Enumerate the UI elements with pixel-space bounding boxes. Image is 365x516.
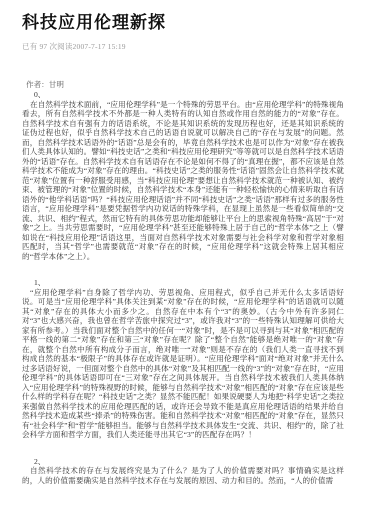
section-marker: 1、 [22, 278, 344, 288]
read-count-and-date: 已有 97 次阅读2007-7-17 15:19 [22, 41, 344, 52]
section-2: 2、 自然科学技术的存在与发展终究是为了什么？是为了人的价值需要对吗？事情确实是… [22, 457, 344, 486]
section-paragraph: 自然科学技术的存在与发展终究是为了什么？是为了人的价值需要对吗？事情确实是这样的… [22, 466, 344, 485]
section-1: 1、 “应用伦理学科”自身除了哲学内功、劳思视角、应用程式，似乎自己并无什么太多… [22, 278, 344, 440]
section-marker: 0、 [22, 90, 344, 100]
section-paragraph: 在自然科学技术面前，“应用伦理学科”是一个特殊的劳思平台。由“应用伦理学科”的特… [22, 100, 344, 262]
article-page: 科技应用伦理新探 已有 97 次阅读2007-7-17 15:19 作者：甘明 … [0, 0, 365, 516]
page-title: 科技应用伦理新探 [22, 12, 344, 34]
section-0: 0、 在自然科学技术面前，“应用伦理学科”是一个特殊的劳思平台。由“应用伦理学科… [22, 90, 344, 261]
section-marker: 2、 [22, 457, 344, 467]
section-paragraph: “应用伦理学科”自身除了哲学内功、劳思视角、应用程式，似乎自己并无什么太多话语好… [22, 288, 344, 440]
author-line: 作者：甘明 [22, 79, 344, 90]
